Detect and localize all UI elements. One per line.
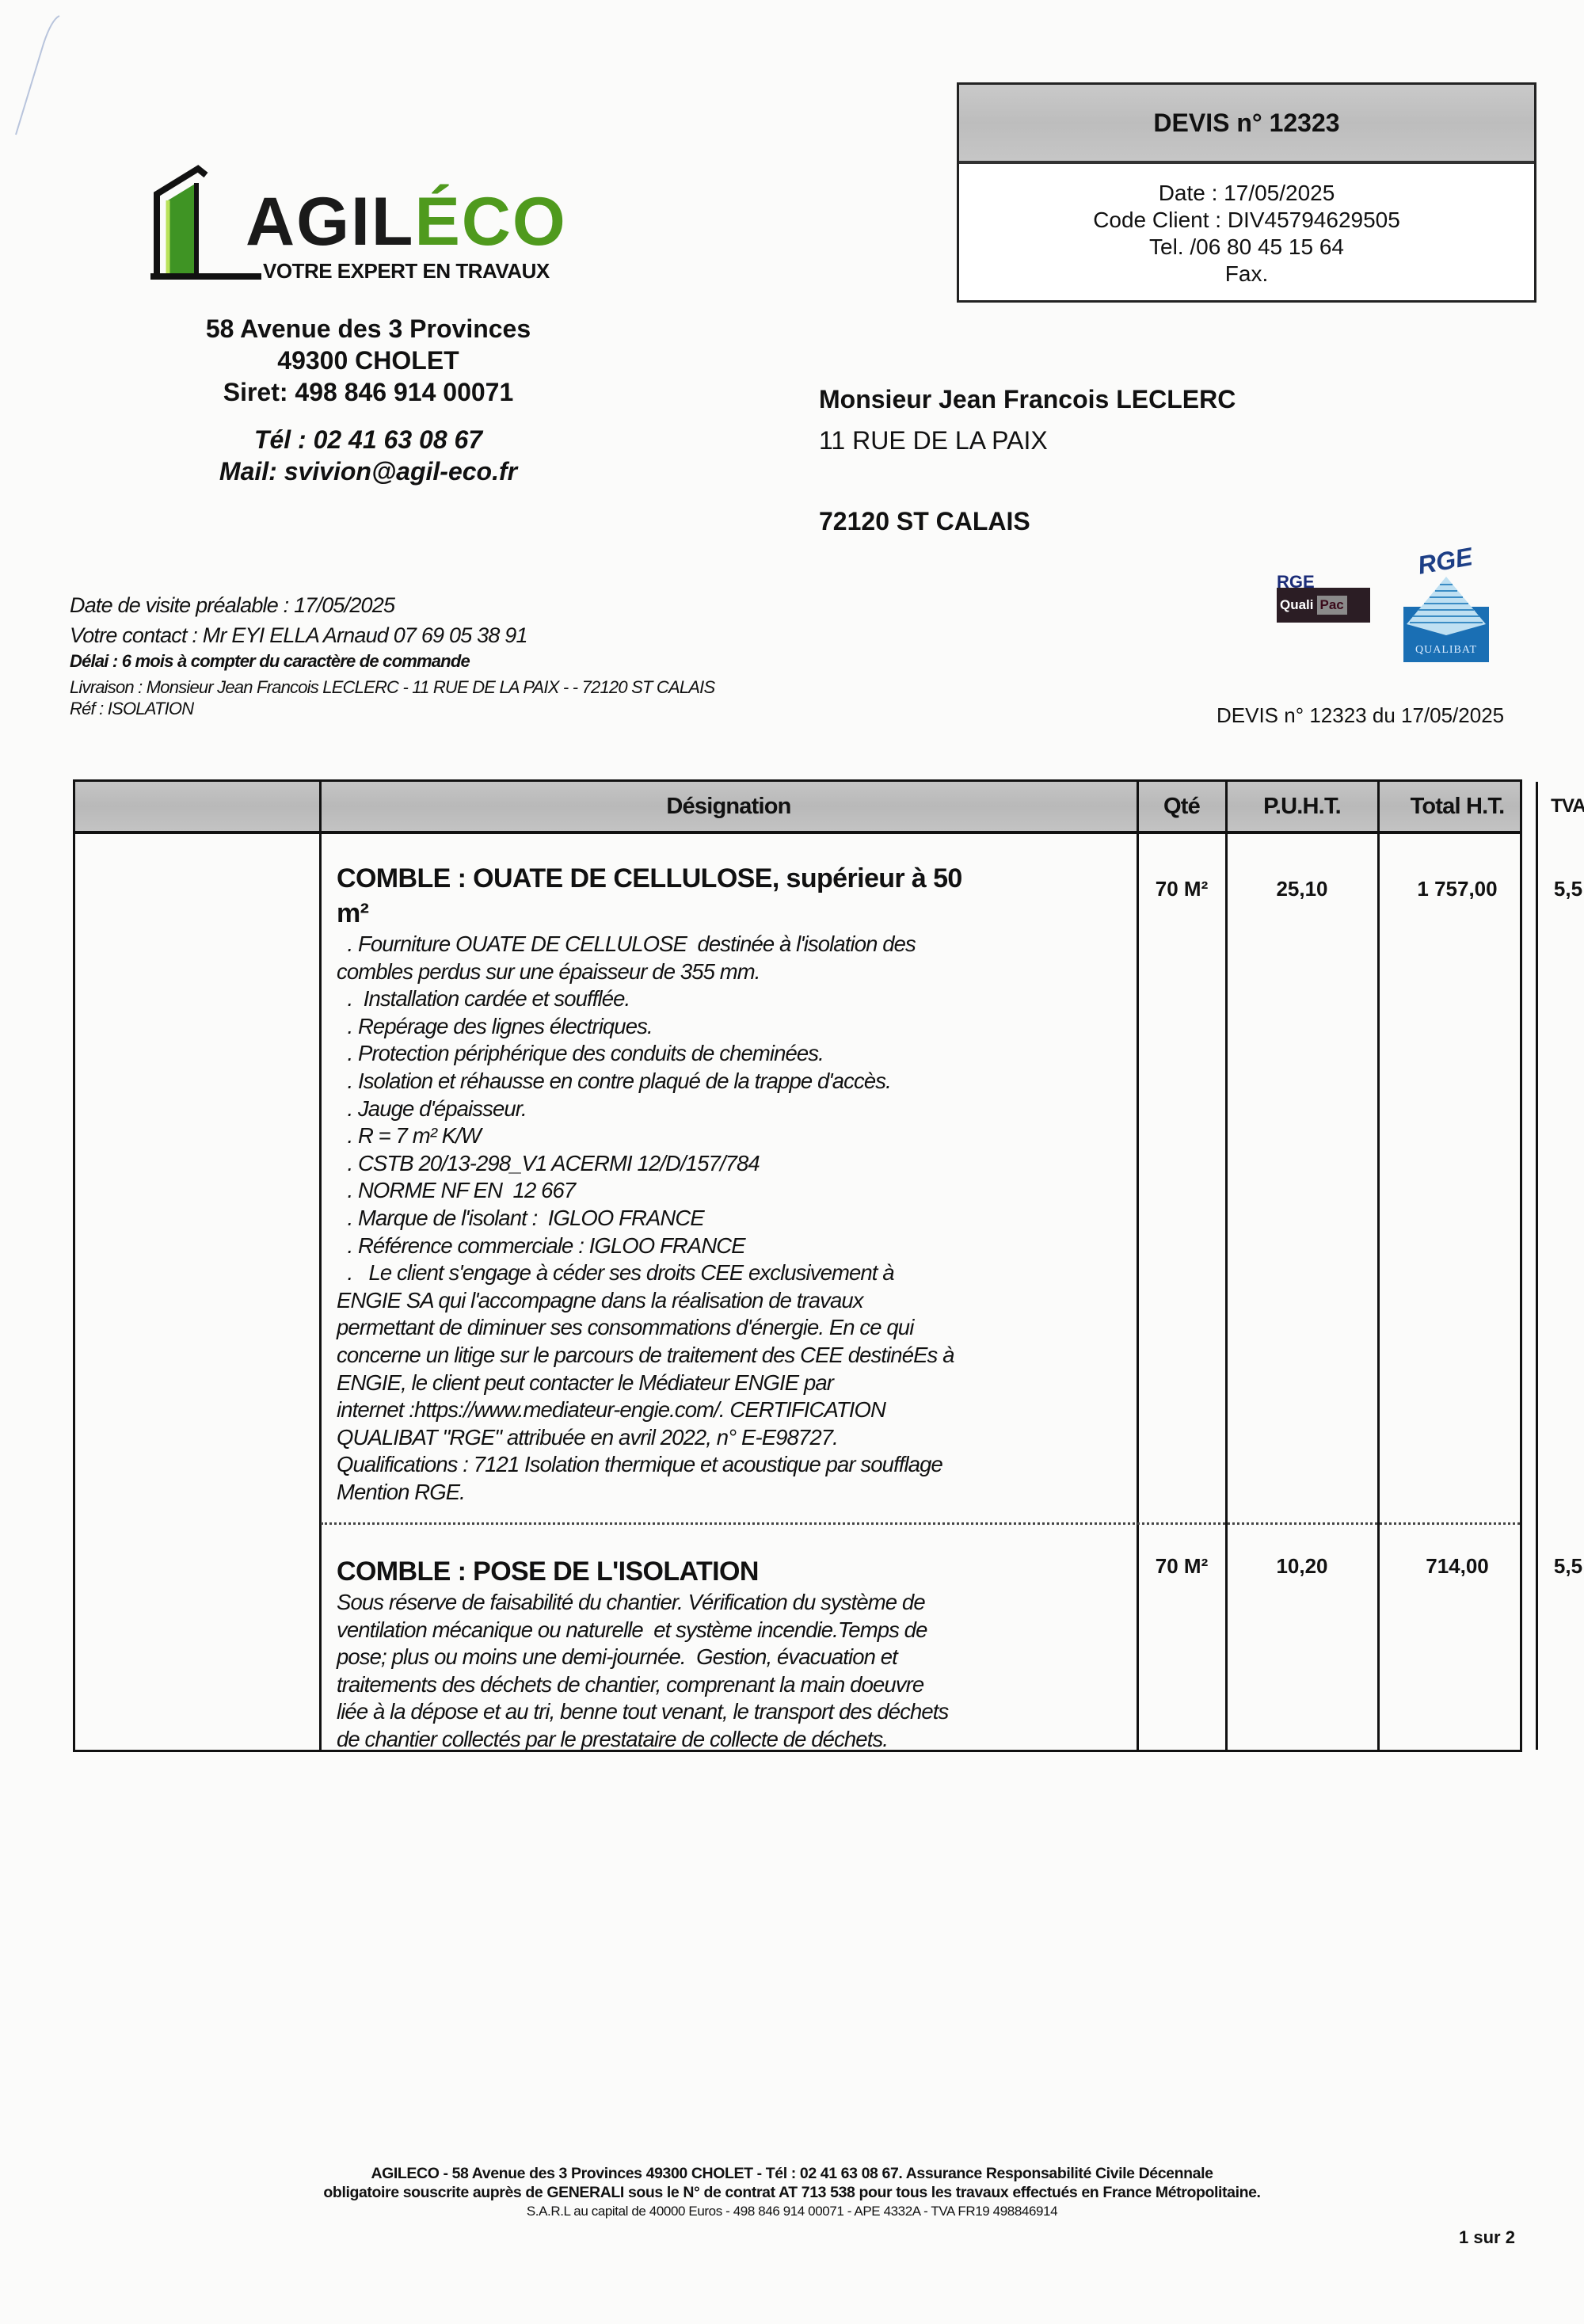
row-2-tva: 5,5 <box>1537 1554 1584 1579</box>
company-siret: Siret: 498 846 914 00071 <box>158 376 578 408</box>
recipient-address: Monsieur Jean Francois LECLERC 11 RUE DE… <box>819 379 1236 542</box>
column-divider <box>1377 782 1380 1750</box>
row-2-description-line: de chantier collectés par le prestataire… <box>337 1726 1113 1754</box>
row-1-description-line: . NORME NF EN 12 667 <box>337 1177 1113 1205</box>
devis-date: Date : 17/05/2025 <box>959 180 1534 207</box>
row-2-description-line: pose; plus ou moins une demi-journée. Ge… <box>337 1644 1113 1671</box>
row-1-description-line: Mention RGE. <box>337 1479 1113 1507</box>
footer-line1: AGILECO - 58 Avenue des 3 Provinces 4930… <box>143 2164 1441 2183</box>
table-row: COMBLE : POSE DE L'ISOLATION Sous réserv… <box>337 1554 1113 1754</box>
qualipac-pac-label: Pac <box>1317 596 1347 615</box>
col-header-blank <box>75 782 319 831</box>
logo-underline <box>150 273 261 280</box>
row-1-description-line: . Repérage des lignes électriques. <box>337 1013 1113 1041</box>
page-number: 1 sur 2 <box>1459 2227 1515 2248</box>
row-2-description-line: ventilation mécanique ou naturelle et sy… <box>337 1617 1113 1644</box>
row-1-description-line: . R = 7 m² K/W <box>337 1122 1113 1150</box>
row-1-description-line: . Marque de l'isolant : IGLOO FRANCE <box>337 1205 1113 1232</box>
company-info: 58 Avenue des 3 Provinces 49300 CHOLET S… <box>158 313 578 487</box>
company-email: Mail: svivion@agil-eco.fr <box>158 455 578 487</box>
rge-qualibat-badge: RGE QUALIBAT <box>1403 547 1489 665</box>
row-2-title: COMBLE : POSE DE L'ISOLATION <box>337 1554 1113 1589</box>
devis-title: DEVIS n° 12323 <box>959 85 1534 164</box>
reference: Réf : ISOLATION <box>70 698 714 719</box>
row-2-description-line: Sous réserve de faisabilité du chantier.… <box>337 1589 1113 1617</box>
row-1-description-line: . Le client s'engage à céder ses droits … <box>337 1259 1113 1287</box>
row-1-qty: 70 M² <box>1138 877 1225 901</box>
row-1-tva: 5,5 <box>1537 877 1584 901</box>
row-1-title-line1: COMBLE : OUATE DE CELLULOSE, supérieur à… <box>337 861 1113 896</box>
recipient-city: 72120 ST CALAIS <box>819 501 1236 542</box>
row-2-description-line: liée à la dépose et au tri, benne tout v… <box>337 1698 1113 1726</box>
row-1-title-line2: m² <box>337 896 1113 931</box>
qualibat-label: QUALIBAT <box>1403 638 1489 662</box>
row-1-description-line: . Installation cardée et soufflée. <box>337 985 1113 1013</box>
delivery-delay: Délai : 6 mois à compter du caractère de… <box>70 650 714 672</box>
quote-table: Désignation Qté P.U.H.T. Total H.T. TVA … <box>73 779 1522 1752</box>
row-1-description-line: . Fourniture OUATE DE CELLULOSE destinée… <box>337 931 1113 958</box>
recipient-name: Monsieur Jean Francois LECLERC <box>819 379 1236 420</box>
rge-qualipac-badge: RGE QualiPac <box>1277 577 1370 624</box>
row-1-unit-price: 25,10 <box>1227 877 1377 901</box>
recipient-street: 11 RUE DE LA PAIX <box>819 420 1236 461</box>
row-1-description-line: concerne un litige sur le parcours de tr… <box>337 1342 1113 1370</box>
col-header-designation: Désignation <box>321 782 1137 831</box>
devis-client-fax: Fax. <box>959 261 1534 288</box>
row-1-description-line: ENGIE, le client peut contacter le Média… <box>337 1370 1113 1397</box>
quote-meta: Date de visite préalable : 17/05/2025 Vo… <box>70 590 714 719</box>
column-divider <box>319 782 322 1750</box>
company-phone: Tél : 02 41 63 08 67 <box>158 424 578 455</box>
row-1-description-line: combles perdus sur une épaisseur de 355 … <box>337 958 1113 986</box>
row-1-description-line: Qualifications : 7121 Isolation thermiqu… <box>337 1451 1113 1479</box>
contact-person: Votre contact : Mr EYI ELLA Arnaud 07 69… <box>70 620 714 650</box>
logo-tagline: VOTRE EXPERT EN TRAVAUX <box>263 259 550 284</box>
column-divider <box>1137 782 1139 1750</box>
row-2-total: 714,00 <box>1379 1554 1536 1579</box>
row-1-description-line: . Protection périphérique des conduits d… <box>337 1040 1113 1068</box>
qualibat-pyramid-icon <box>1403 575 1489 640</box>
footer-line3: S.A.R.L au capital de 40000 Euros - 498 … <box>143 2202 1441 2221</box>
devis-reference: DEVIS n° 12323 du 17/05/2025 <box>1217 703 1504 728</box>
row-1-description-line: ENGIE SA qui l'accompagne dans la réalis… <box>337 1287 1113 1315</box>
row-2-unit-price: 10,20 <box>1227 1554 1377 1579</box>
row-1-description-line: QUALIBAT "RGE" attribuée en avril 2022, … <box>337 1424 1113 1452</box>
company-address-line2: 49300 CHOLET <box>158 345 578 376</box>
row-1-description-line: internet :https://www.mediateur-engie.co… <box>337 1396 1113 1424</box>
legal-footer: AGILECO - 58 Avenue des 3 Provinces 4930… <box>143 2164 1441 2221</box>
logo-wordmark: AGILÉCO <box>246 188 567 256</box>
logo-wordmark-eco: ÉCO <box>414 184 566 260</box>
row-1-description-line: . Isolation et réhausse en contre plaqué… <box>337 1068 1113 1095</box>
logo-wordmark-agil: AGIL <box>246 184 414 260</box>
col-header-qty: Qté <box>1138 782 1225 831</box>
company-address-line1: 58 Avenue des 3 Provinces <box>158 313 578 345</box>
row-2-qty: 70 M² <box>1138 1554 1225 1579</box>
devis-header-box: DEVIS n° 12323 Date : 17/05/2025 Code Cl… <box>957 82 1536 303</box>
col-header-unit-price: P.U.H.T. <box>1227 782 1377 831</box>
column-divider <box>1536 782 1538 1750</box>
col-header-tva: TVA <box>1537 782 1584 831</box>
qualipac-label: Quali <box>1280 597 1314 613</box>
row-1-description-line: permettant de diminuer ses consommations… <box>337 1314 1113 1342</box>
house-logo-icon <box>150 162 246 281</box>
footer-line2: obligatoire souscrite auprès de GENERALI… <box>143 2183 1441 2202</box>
row-1-total: 1 757,00 <box>1379 877 1536 901</box>
row-1-description-line: . CSTB 20/13-298_V1 ACERMI 12/D/157/784 <box>337 1150 1113 1178</box>
visit-date: Date de visite préalable : 17/05/2025 <box>70 590 714 620</box>
row-1-description-line: . Référence commerciale : IGLOO FRANCE <box>337 1232 1113 1260</box>
col-header-total: Total H.T. <box>1379 782 1536 831</box>
column-divider <box>1225 782 1228 1750</box>
row-1-description-line: . Jauge d'épaisseur. <box>337 1095 1113 1123</box>
row-separator <box>321 1522 1520 1525</box>
devis-client-phone: Tel. /06 80 45 15 64 <box>959 234 1534 261</box>
row-2-description-line: traitements des déchets de chantier, com… <box>337 1671 1113 1699</box>
devis-client-code: Code Client : DIV45794629505 <box>959 207 1534 234</box>
company-logo: AGILÉCO VOTRE EXPERT EN TRAVAUX <box>143 154 618 289</box>
delivery-address: Livraison : Monsieur Jean Francois LECLE… <box>70 676 714 698</box>
pen-mark <box>12 12 67 139</box>
table-row: COMBLE : OUATE DE CELLULOSE, supérieur à… <box>337 861 1113 1506</box>
